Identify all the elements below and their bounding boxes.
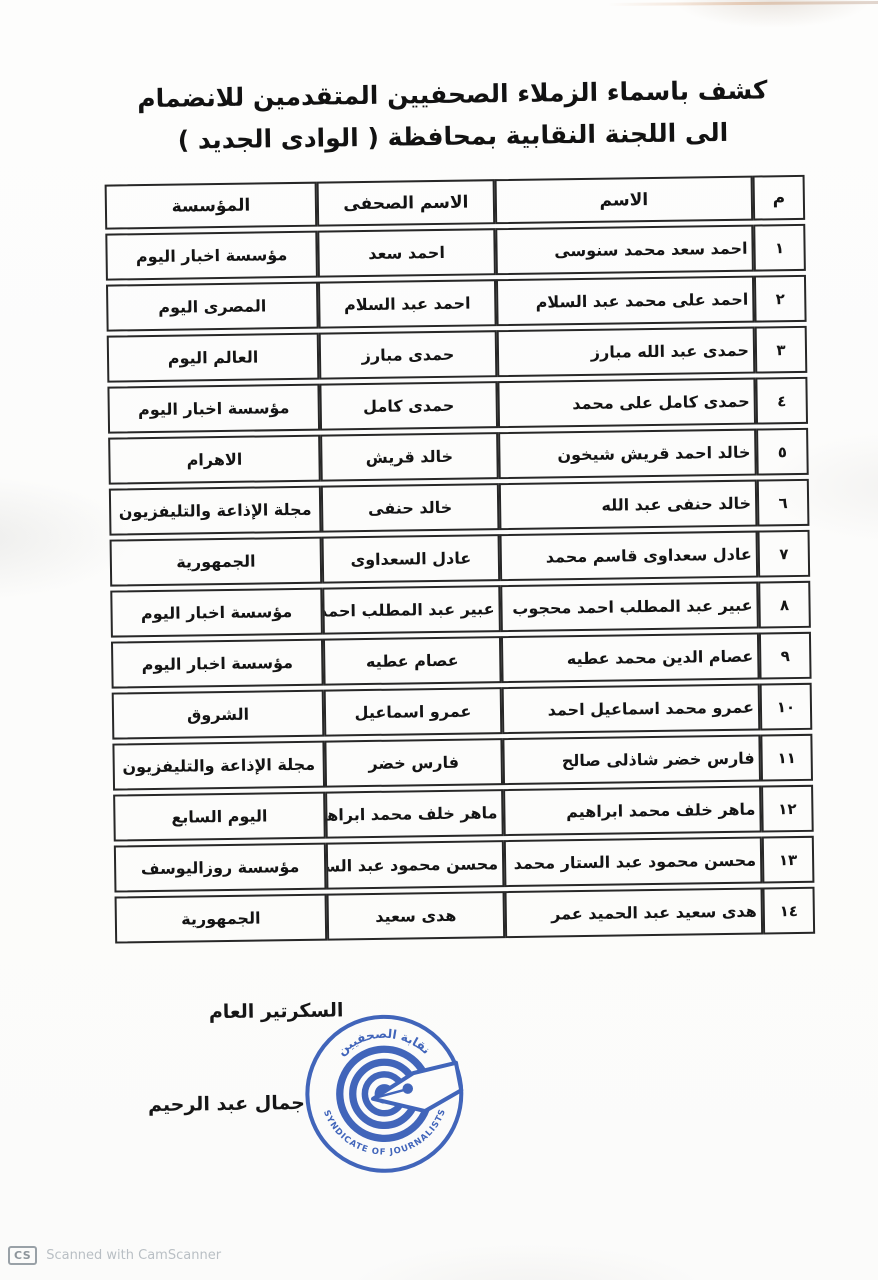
row-number-cell: ٩ [759, 632, 812, 680]
row-number-cell: ٤ [755, 377, 808, 425]
press-name-cell: احمد سعد [317, 228, 496, 277]
row-number-cell: ١ [753, 224, 806, 272]
row-number-cell: ٨ [758, 581, 811, 629]
name-cell: عصام الدين محمد عطيه [501, 633, 760, 684]
row-number-cell: ٧ [758, 530, 811, 578]
table-header: م الاسم الاسم الصحفى المؤسسة [105, 175, 806, 230]
table-row: ١١ فارس خضر شاذلى صالح فارس خضر مجلة الإ… [112, 734, 813, 791]
institution-cell: مجلة الإذاعة والتليفزيون [112, 741, 325, 791]
institution-cell: اليوم السابع [113, 792, 326, 842]
table-row: ١ احمد سعد محمد سنوسى احمد سعد مؤسسة اخب… [105, 224, 806, 281]
document-title-line2: الى اللجنة النقابية بمحافظة ( الوادى الج… [101, 111, 806, 163]
row-number-cell: ١٤ [762, 887, 815, 935]
table-row: ٨ عبير عبد المطلب احمد محجوب عبير عبد ال… [110, 581, 811, 638]
name-cell: حمدى عبد الله مبارز [497, 327, 756, 378]
institution-cell: مؤسسة اخبار اليوم [107, 384, 320, 434]
name-cell: خالد احمد قريش شيخون [498, 429, 757, 480]
name-cell: فارس خضر شاذلى صالح [502, 735, 761, 786]
row-number-cell: ١٣ [762, 836, 815, 884]
scanned-document-page: كشف باسماء الزملاء الصحفيين المتقدمين لل… [0, 0, 878, 1280]
signature-name: جمال عبد الرحيم [140, 1092, 312, 1116]
table-row: ٦ خالد حنفى عبد الله خالد حنفى مجلة الإذ… [109, 479, 810, 536]
institution-cell: المصرى اليوم [106, 282, 319, 332]
svg-text:نقابة الصحفيين: نقابة الصحفيين [334, 1026, 433, 1058]
table-row: ٩ عصام الدين محمد عطيه عصام عطيه مؤسسة ا… [111, 632, 812, 689]
row-number-cell: ١٢ [761, 785, 814, 833]
table-row: ١٢ ماهر خلف محمد ابراهيم ماهر خلف محمد ا… [113, 785, 814, 842]
name-cell: احمد على محمد عبد السلام [496, 276, 755, 327]
table-row: ٧ عادل سعداوى قاسم محمد عادل السعداوى ال… [110, 530, 811, 587]
name-cell: عادل سعداوى قاسم محمد [500, 531, 759, 582]
row-number-cell: ٣ [755, 326, 808, 374]
institution-cell: الاهرام [108, 435, 321, 485]
name-cell: محسن محمود عبد الستار محمد [504, 837, 763, 888]
table-row: ٥ خالد احمد قريش شيخون خالد قريش الاهرام [108, 428, 809, 485]
table-row: ١٣ محسن محمود عبد الستار محمد محسن محمود… [114, 836, 815, 893]
institution-cell: مؤسسة روزاليوسف [114, 843, 327, 893]
institution-cell: الجمهورية [110, 537, 323, 587]
camscanner-watermark: CS Scanned with CamScanner [8, 1246, 221, 1265]
press-name-cell: هدى سعيد [327, 891, 506, 940]
header-number: م [753, 175, 806, 221]
journalists-table: م الاسم الاسم الصحفى المؤسسة ١ احمد سعد … [105, 171, 816, 948]
institution-cell: مؤسسة اخبار اليوم [110, 588, 323, 638]
row-number-cell: ٦ [757, 479, 810, 527]
row-number-cell: ١١ [760, 734, 813, 782]
press-name-cell: عادل السعداوى [322, 534, 501, 583]
row-number-cell: ٢ [754, 275, 807, 323]
institution-cell: الشروق [112, 690, 325, 740]
table-row: ١٠ عمرو محمد اسماعيل احمد عمرو اسماعيل ا… [112, 683, 813, 740]
table-header-row: م الاسم الاسم الصحفى المؤسسة [105, 175, 806, 230]
press-name-cell: خالد حنفى [321, 483, 500, 532]
press-name-cell: فارس خضر [324, 738, 503, 787]
name-cell: احمد سعد محمد سنوسى [495, 225, 754, 276]
table-row: ٢ احمد على محمد عبد السلام احمد عبد السل… [106, 275, 807, 332]
name-cell: خالد حنفى عبد الله [499, 480, 758, 531]
press-name-cell: حمدى كامل [319, 381, 498, 430]
syndicate-stamp-icon: نقابة الصحفيين SYNDICATE OF JOURNALISTS [299, 1012, 469, 1176]
header-institution: المؤسسة [105, 182, 318, 230]
document-title: كشف باسماء الزملاء الصحفيين المتقدمين لل… [100, 69, 805, 163]
row-number-cell: ١٠ [760, 683, 813, 731]
press-name-cell: عبير عبد المطلب احمد [322, 585, 501, 634]
table-row: ٤ حمدى كامل على محمد حمدى كامل مؤسسة اخب… [107, 377, 808, 434]
institution-cell: الجمهورية [115, 894, 328, 944]
name-cell: عمرو محمد اسماعيل احمد [502, 684, 761, 735]
document-scan: كشف باسماء الزملاء الصحفيين المتقدمين لل… [0, 0, 878, 1280]
row-number-cell: ٥ [756, 428, 809, 476]
press-name-cell: احمد عبد السلام [318, 279, 497, 328]
press-name-cell: خالد قريش [320, 432, 499, 481]
name-cell: حمدى كامل على محمد [497, 378, 756, 429]
institution-cell: مؤسسة اخبار اليوم [105, 231, 318, 281]
camscanner-label: Scanned with CamScanner [46, 1248, 221, 1263]
header-press-name: الاسم الصحفى [317, 179, 496, 226]
press-name-cell: ماهر خلف محمد ابراهيم [325, 789, 504, 838]
institution-cell: مؤسسة اخبار اليوم [111, 639, 324, 689]
press-name-cell: عصام عطيه [323, 636, 502, 685]
press-name-cell: حمدى مبارز [319, 330, 498, 379]
institution-cell: العالم اليوم [107, 333, 320, 383]
header-name: الاسم [495, 176, 754, 225]
institution-cell: مجلة الإذاعة والتليفزيون [109, 486, 322, 536]
name-cell: ماهر خلف محمد ابراهيم [503, 786, 762, 837]
table-body: ١ احمد سعد محمد سنوسى احمد سعد مؤسسة اخب… [105, 224, 815, 944]
name-cell: عبير عبد المطلب احمد محجوب [500, 582, 759, 633]
stamp-arabic-text: نقابة الصحفيين [334, 1026, 433, 1058]
table-row: ٣ حمدى عبد الله مبارز حمدى مبارز العالم … [107, 326, 808, 383]
name-cell: هدى سعيد عبد الحميد عمر [505, 888, 764, 939]
press-name-cell: عمرو اسماعيل [324, 687, 503, 736]
press-name-cell: محسن محمود عبد الستار [326, 840, 505, 889]
camscanner-badge-icon: CS [8, 1246, 37, 1265]
table-row: ١٤ هدى سعيد عبد الحميد عمر هدى سعيد الجم… [115, 887, 816, 944]
